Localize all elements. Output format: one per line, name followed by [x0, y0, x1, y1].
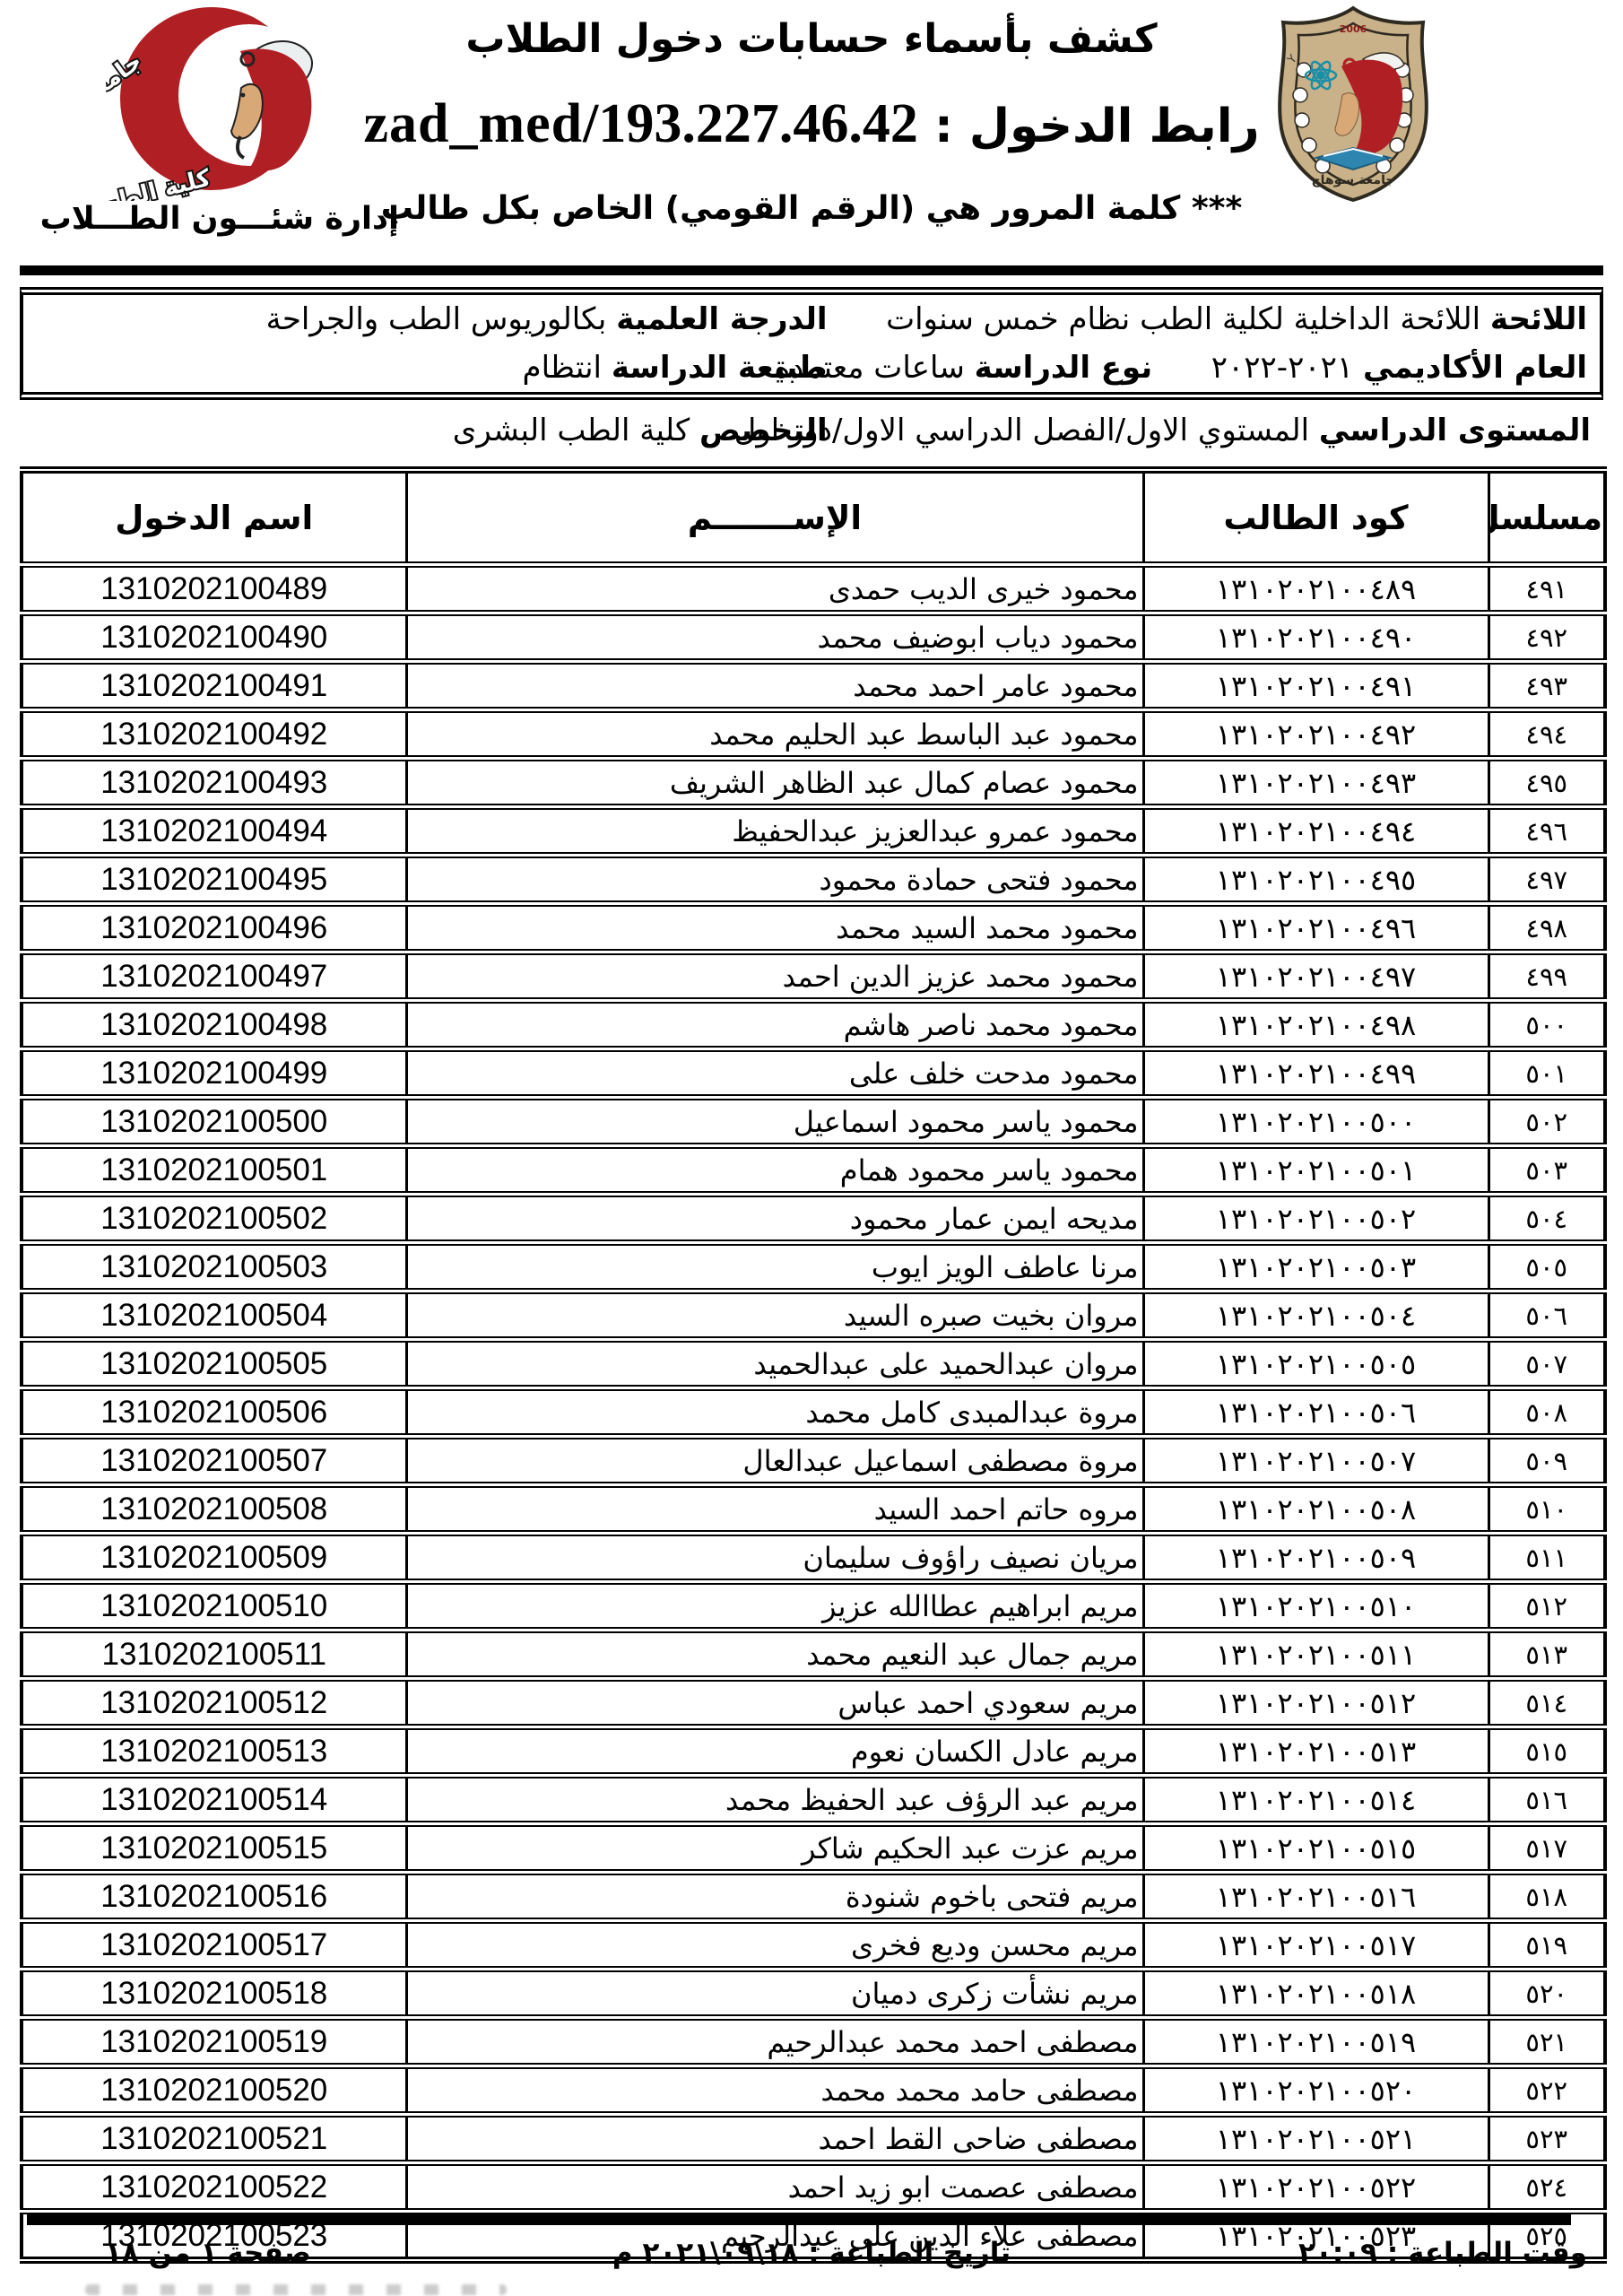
serial-cell: ٥٢٤ — [1488, 2163, 1605, 2212]
student-code-cell: ١٣١٠٢٠٢١٠٠٥١٥ — [1143, 1824, 1488, 1873]
student-code-cell: ١٣١٠٢٠٢١٠٠٥٢٢ — [1143, 2163, 1488, 2212]
student-code-cell: ١٣١٠٢٠٢١٠٠٥١٣ — [1143, 1727, 1488, 1776]
serial-cell: ٤٩٧ — [1488, 856, 1605, 904]
student-name-cell: مريم ابراهيم عطاالله عزيز — [406, 1582, 1143, 1631]
table-header-row: مسلسل كود الطالب الإســـــــم اسم الدخول — [22, 470, 1605, 565]
sohag-university-crest-icon: SOHAG UNIVERSITY 2006 جامعة سوهاج — [1255, 4, 1451, 206]
login-name-cell: 1310202100510 — [22, 1582, 406, 1631]
login-name-cell: 1310202100490 — [22, 613, 406, 662]
serial-cell: ٥٠٣ — [1488, 1146, 1605, 1195]
student-code-cell: ١٣١٠٢٠٢١٠٠٥١٦ — [1143, 1873, 1488, 1921]
name-header: الإســـــــم — [406, 470, 1143, 565]
student-name-cell: مصطفى احمد محمد عبدالرحيم — [406, 2018, 1143, 2066]
table-row: ٥١٣ ١٣١٠٢٠٢١٠٠٥١١ مريم جمال عبد النعيم م… — [22, 1631, 1605, 1679]
table-row: ٤٩٣ ١٣١٠٢٠٢١٠٠٤٩١ محمود عامر احمد محمد 1… — [22, 662, 1605, 710]
student-code-cell: ١٣١٠٢٠٢١٠٠٤٩٨ — [1143, 1001, 1488, 1049]
level-label: المستوى الدراسي — [1319, 413, 1591, 448]
student-name-cell: مروة عبدالمبدى كامل محمد — [406, 1388, 1143, 1437]
serial-cell: ٥٢٠ — [1488, 1970, 1605, 2018]
login-name-cell: 1310202100499 — [22, 1049, 406, 1098]
student-name-cell: مريم نشأت زكرى دميان — [406, 1970, 1143, 2018]
student-name-cell: مريم محسن وديع فخرى — [406, 1921, 1143, 1970]
table-row: ٥٢٢ ١٣١٠٢٠٢١٠٠٥٢٠ مصطفى حامد محمد محمد 1… — [22, 2066, 1605, 2115]
regulation-value: اللائحة الداخلية لكلية الطب نظام خمس سنو… — [886, 301, 1480, 337]
student-code-header: كود الطالب — [1143, 470, 1488, 565]
login-name-cell: 1310202100508 — [22, 1485, 406, 1534]
table-row: ٥١٩ ١٣١٠٢٠٢١٠٠٥١٧ مريم محسن وديع فخرى 13… — [22, 1921, 1605, 1970]
student-code-cell: ١٣١٠٢٠٢١٠٠٥٢١ — [1143, 2115, 1488, 2163]
university-crest-logo: SOHAG UNIVERSITY 2006 جامعة سوهاج — [1255, 4, 1451, 206]
table-row: ٥٠٢ ١٣١٠٢٠٢١٠٠٥٠٠ محمود ياسر محمود اسماع… — [22, 1098, 1605, 1146]
student-name-cell: مصطفى ضاحى القط احمد — [406, 2115, 1143, 2163]
academic-year-field: العام الأكاديمي ٢٠٢١-٢٠٢٢ نوع الدراسة سا… — [828, 350, 1600, 386]
table-row: ٥١٥ ١٣١٠٢٠٢١٠٠٥١٣ مريم عادل الكسان نعوم … — [22, 1727, 1605, 1776]
student-code-cell: ١٣١٠٢٠٢١٠٠٥٠١ — [1143, 1146, 1488, 1195]
serial-cell: ٥١٣ — [1488, 1631, 1605, 1679]
serial-cell: ٥٢٢ — [1488, 2066, 1605, 2115]
serial-cell: ٤٩٦ — [1488, 807, 1605, 856]
table-row: ٥٠٥ ١٣١٠٢٠٢١٠٠٥٠٣ مرنا عاطف الويز ايوب 1… — [22, 1243, 1605, 1291]
next-page-cutoff-smudge — [85, 2284, 507, 2295]
serial-cell: ٥١٠ — [1488, 1485, 1605, 1534]
print-time: وقت الطباعة : ٢٠:٠٩ — [1128, 2237, 1603, 2269]
serial-cell: ٥٠٨ — [1488, 1388, 1605, 1437]
student-name-cell: محمود خيرى الديب حمدى — [406, 565, 1143, 613]
print-date: تاريخ الطباعة : ١٨\٠٩\٢٠٢١ م — [495, 2237, 1128, 2269]
login-name-cell: 1310202100507 — [22, 1437, 406, 1485]
crest-year-text: 2006 — [1340, 23, 1367, 35]
login-name-cell: 1310202100501 — [22, 1146, 406, 1195]
crest-bottom-text: جامعة سوهاج — [1312, 173, 1395, 187]
student-code-cell: ١٣١٠٢٠٢١٠٠٥١٨ — [1143, 1970, 1488, 2018]
serial-cell: ٥١٧ — [1488, 1824, 1605, 1873]
table-row: ٥٢١ ١٣١٠٢٠٢١٠٠٥١٩ مصطفى احمد محمد عبدالر… — [22, 2018, 1605, 2066]
student-name-cell: مروة مصطفى اسماعيل عبدالعال — [406, 1437, 1143, 1485]
table-row: ٥٠٩ ١٣١٠٢٠٢١٠٠٥٠٧ مروة مصطفى اسماعيل عبد… — [22, 1437, 1605, 1485]
serial-header: مسلسل — [1488, 470, 1605, 565]
student-accounts-report-page: SOHAG UNIVERSITY 2006 جامعة سوهاج — [0, 0, 1623, 2296]
student-name-cell: محمود عامر احمد محمد — [406, 662, 1143, 710]
student-code-cell: ١٣١٠٢٠٢١٠٠٤٩٤ — [1143, 807, 1488, 856]
login-name-cell: 1310202100522 — [22, 2163, 406, 2212]
table-row: ٤٩٤ ١٣١٠٢٠٢١٠٠٤٩٢ محمود عبد الباسط عبد ا… — [22, 710, 1605, 759]
login-name-cell: 1310202100498 — [22, 1001, 406, 1049]
academic-year-label: العام الأكاديمي — [1363, 350, 1587, 386]
serial-cell: ٥٢٣ — [1488, 2115, 1605, 2163]
student-code-cell: ١٣١٠٢٠٢١٠٠٥١٤ — [1143, 1776, 1488, 1824]
login-name-cell: 1310202100503 — [22, 1243, 406, 1291]
serial-cell: ٥١٦ — [1488, 1776, 1605, 1824]
student-name-cell: مروان عبدالحميد على عبدالحميد — [406, 1340, 1143, 1388]
level-line: المستوى الدراسي المستوي الاول/الفصل الدر… — [20, 413, 1603, 448]
student-code-cell: ١٣١٠٢٠٢١٠٠٤٩٣ — [1143, 759, 1488, 807]
login-name-cell: 1310202100495 — [22, 856, 406, 904]
serial-cell: ٥٠٩ — [1488, 1437, 1605, 1485]
table-row: ٥٠٧ ١٣١٠٢٠٢١٠٠٥٠٥ مروان عبدالحميد على عب… — [22, 1340, 1605, 1388]
login-name-cell: 1310202100512 — [22, 1679, 406, 1727]
serial-cell: ٥٠٢ — [1488, 1098, 1605, 1146]
student-name-cell: مريان نصيف راؤوف سليمان — [406, 1534, 1143, 1582]
serial-cell: ٤٩٥ — [1488, 759, 1605, 807]
login-name-cell: 1310202100494 — [22, 807, 406, 856]
table-row: ٤٩٥ ١٣١٠٢٠٢١٠٠٤٩٣ محمود عصام كمال عبد ال… — [22, 759, 1605, 807]
student-name-cell: مريم عادل الكسان نعوم — [406, 1727, 1143, 1776]
student-name-cell: مديحه ايمن عمار محمود — [406, 1195, 1143, 1243]
login-name-cell: 1310202100513 — [22, 1727, 406, 1776]
header-divider — [20, 265, 1603, 275]
table-row: ٤٩٧ ١٣١٠٢٠٢١٠٠٤٩٥ محمود فتحى حمادة محمود… — [22, 856, 1605, 904]
serial-cell: ٥٠٤ — [1488, 1195, 1605, 1243]
student-name-cell: مريم سعودي احمد عباس — [406, 1679, 1143, 1727]
student-code-cell: ١٣١٠٢٠٢١٠٠٤٩٠ — [1143, 613, 1488, 662]
password-note: *** كلمة المرور هي (الرقم القومي) الخاص … — [363, 190, 1260, 227]
student-name-cell: مصطفى حامد محمد محمد — [406, 2066, 1143, 2115]
student-name-cell: مريم عبد الرؤف عبد الحفيظ محمد — [406, 1776, 1143, 1824]
serial-cell: ٥١١ — [1488, 1534, 1605, 1582]
footer-divider — [27, 2214, 1571, 2225]
table-row: ٥٠٤ ١٣١٠٢٠٢١٠٠٥٠٢ مديحه ايمن عمار محمود … — [22, 1195, 1605, 1243]
serial-cell: ٤٩٢ — [1488, 613, 1605, 662]
table-row: ٤٩٩ ١٣١٠٢٠٢١٠٠٤٩٧ محمود محمد عزيز الدين … — [22, 952, 1605, 1001]
study-nature-value: انتظام — [523, 350, 602, 386]
student-name-cell: مريم فتحى باخوم شنودة — [406, 1873, 1143, 1921]
login-name-cell: 1310202100521 — [22, 2115, 406, 2163]
login-name-cell: 1310202100516 — [22, 1873, 406, 1921]
serial-cell: ٤٩٣ — [1488, 662, 1605, 710]
serial-cell: ٥٠٦ — [1488, 1291, 1605, 1340]
table-row: ٥١٧ ١٣١٠٢٠٢١٠٠٥١٥ مريم عزت عبد الحكيم شا… — [22, 1824, 1605, 1873]
program-info-box: اللائحة اللائحة الداخلية لكلية الطب نظام… — [20, 287, 1603, 400]
student-code-cell: ١٣١٠٢٠٢١٠٠٥١٧ — [1143, 1921, 1488, 1970]
student-code-cell: ١٣١٠٢٠٢١٠٠٥٠٢ — [1143, 1195, 1488, 1243]
level-field: المستوى الدراسي المستوي الاول/الفصل الدر… — [828, 413, 1603, 448]
table-row: ٥١٦ ١٣١٠٢٠٢١٠٠٥١٤ مريم عبد الرؤف عبد الح… — [22, 1776, 1605, 1824]
login-name-cell: 1310202100511 — [22, 1631, 406, 1679]
student-code-cell: ١٣١٠٢٠٢١٠٠٥١٩ — [1143, 2018, 1488, 2066]
student-affairs-admin-label: إدارة شئـــون الطـــلاب — [49, 201, 399, 237]
serial-cell: ٤٩١ — [1488, 565, 1605, 613]
table-row: ٤٩٦ ١٣١٠٢٠٢١٠٠٤٩٤ محمود عمرو عبدالعزيز ع… — [22, 807, 1605, 856]
student-name-cell: محمود محمد عزيز الدين احمد — [406, 952, 1143, 1001]
table-row: ٥١٨ ١٣١٠٢٠٢١٠٠٥١٦ مريم فتحى باخوم شنودة … — [22, 1873, 1605, 1921]
login-name-cell: 1310202100493 — [22, 759, 406, 807]
table-row: ٥١٢ ١٣١٠٢٠٢١٠٠٥١٠ مريم ابراهيم عطاالله ع… — [22, 1582, 1605, 1631]
login-name-header: اسم الدخول — [22, 470, 406, 565]
speciality-value: كلية الطب البشرى — [453, 413, 690, 448]
academic-year-value: ٢٠٢١-٢٠٢٢ — [1211, 350, 1353, 386]
student-name-cell: محمود مدحت خلف على — [406, 1049, 1143, 1098]
footer: وقت الطباعة : ٢٠:٠٩ تاريخ الطباعة : ١٨\٠… — [20, 2237, 1603, 2269]
login-name-cell: 1310202100505 — [22, 1340, 406, 1388]
serial-cell: ٥١٢ — [1488, 1582, 1605, 1631]
serial-cell: ٥٠٠ — [1488, 1001, 1605, 1049]
student-name-cell: محمود محمد ناصر هاشم — [406, 1001, 1143, 1049]
student-name-cell: محمود فتحى حمادة محمود — [406, 856, 1143, 904]
student-name-cell: محمود ياسر محمود همام — [406, 1146, 1143, 1195]
serial-cell: ٤٩٤ — [1488, 710, 1605, 759]
login-link-line: رابط الدخول : 193.227.46.42/zad_med — [363, 92, 1260, 156]
info-row-1: اللائحة اللائحة الداخلية لكلية الطب نظام… — [23, 295, 1600, 344]
login-link-label: رابط الدخول : — [934, 100, 1260, 153]
table-row: ٥٠١ ١٣١٠٢٠٢١٠٠٤٩٩ محمود مدحت خلف على 131… — [22, 1049, 1605, 1098]
serial-cell: ٥١٥ — [1488, 1727, 1605, 1776]
login-name-cell: 1310202100515 — [22, 1824, 406, 1873]
student-code-cell: ١٣١٠٢٠٢١٠٠٥٠٥ — [1143, 1340, 1488, 1388]
page-number-label: صفحة ١ من ١٨ — [105, 2237, 311, 2269]
login-name-cell: 1310202100489 — [22, 565, 406, 613]
table-row: ٤٩٨ ١٣١٠٢٠٢١٠٠٤٩٦ محمود محمد السيد محمد … — [22, 904, 1605, 952]
student-code-cell: ١٣١٠٢٠٢١٠٠٥١١ — [1143, 1631, 1488, 1679]
login-name-cell: 1310202100518 — [22, 1970, 406, 2018]
student-code-cell: ١٣١٠٢٠٢١٠٠٥٠٤ — [1143, 1291, 1488, 1340]
student-code-cell: ١٣١٠٢٠٢١٠٠٥١٢ — [1143, 1679, 1488, 1727]
student-name-cell: محمود دياب ابوضيف محمد — [406, 613, 1143, 662]
login-link-url: 193.227.46.42/zad_med — [363, 93, 917, 154]
student-name-cell: محمود عمرو عبدالعزيز عبدالحفيظ — [406, 807, 1143, 856]
study-nature-field: طبيعة الدراسة انتظام — [23, 350, 828, 386]
student-code-cell: ١٣١٠٢٠٢١٠٠٥٠٣ — [1143, 1243, 1488, 1291]
student-code-cell: ١٣١٠٢٠٢١٠٠٥٠٩ — [1143, 1534, 1488, 1582]
serial-cell: ٥٢١ — [1488, 2018, 1605, 2066]
login-name-cell: 1310202100496 — [22, 904, 406, 952]
table-row: ٥٠٣ ١٣١٠٢٠٢١٠٠٥٠١ محمود ياسر محمود همام … — [22, 1146, 1605, 1195]
student-name-cell: محمود عصام كمال عبد الظاهر الشريف — [406, 759, 1143, 807]
table-row: ٥١١ ١٣١٠٢٠٢١٠٠٥٠٩ مريان نصيف راؤوف سليما… — [22, 1534, 1605, 1582]
serial-cell: ٥١٨ — [1488, 1873, 1605, 1921]
table-row: ٥٢٤ ١٣١٠٢٠٢١٠٠٥٢٢ مصطفى عصمت ابو زيد احم… — [22, 2163, 1605, 2212]
login-name-cell: 1310202100517 — [22, 1921, 406, 1970]
login-name-cell: 1310202100491 — [22, 662, 406, 710]
login-name-cell: 1310202100502 — [22, 1195, 406, 1243]
student-accounts-table: مسلسل كود الطالب الإســـــــم اسم الدخول… — [20, 466, 1607, 2264]
student-name-cell: مصطفى عصمت ابو زيد احمد — [406, 2163, 1143, 2212]
regulation-field: اللائحة اللائحة الداخلية لكلية الطب نظام… — [828, 301, 1600, 337]
student-name-cell: مرنا عاطف الويز ايوب — [406, 1243, 1143, 1291]
speciality-label: التخصص — [699, 413, 828, 448]
regulation-label: اللائحة — [1490, 301, 1587, 337]
serial-cell: ٥١٤ — [1488, 1679, 1605, 1727]
student-code-cell: ١٣١٠٢٠٢١٠٠٤٩٢ — [1143, 710, 1488, 759]
table-row: ٥١٠ ١٣١٠٢٠٢١٠٠٥٠٨ مروه حاتم احمد السيد 1… — [22, 1485, 1605, 1534]
student-code-cell: ١٣١٠٢٠٢١٠٠٥٠٠ — [1143, 1098, 1488, 1146]
print-time-value: ٢٠:٠٩ — [1298, 2237, 1377, 2269]
page-number: صفحة ١ من ١٨ — [20, 2237, 495, 2269]
student-name-cell: مريم عزت عبد الحكيم شاكر — [406, 1824, 1143, 1873]
serial-cell: ٥١٩ — [1488, 1921, 1605, 1970]
serial-cell: ٥٠٧ — [1488, 1340, 1605, 1388]
page-title: كشف بأسماء حسابات دخول الطلاب — [363, 16, 1260, 62]
red-crescent-pharaoh-icon: جامعة سوهاج كلية الطب — [106, 2, 346, 201]
student-code-cell: ١٣١٠٢٠٢١٠٠٤٨٩ — [1143, 565, 1488, 613]
login-name-cell: 1310202100504 — [22, 1291, 406, 1340]
print-date-value: ١٨\٠٩\٢٠٢١ م — [612, 2237, 799, 2269]
login-name-cell: 1310202100497 — [22, 952, 406, 1001]
study-nature-label: طبيعة الدراسة — [612, 350, 828, 386]
table-row: ٥٠٠ ١٣١٠٢٠٢١٠٠٤٩٨ محمود محمد ناصر هاشم 1… — [22, 1001, 1605, 1049]
degree-label: الدرجة العلمية — [616, 301, 827, 337]
student-name-cell: مروان بخيت صبره السيد — [406, 1291, 1143, 1340]
table-row: ٥٢٠ ١٣١٠٢٠٢١٠٠٥١٨ مريم نشأت زكرى دميان 1… — [22, 1970, 1605, 2018]
table-row: ٥٠٦ ١٣١٠٢٠٢١٠٠٥٠٤ مروان بخيت صبره السيد … — [22, 1291, 1605, 1340]
print-time-label: وقت الطباعة : — [1387, 2237, 1587, 2269]
table-body: ٤٩١ ١٣١٠٢٠٢١٠٠٤٨٩ محمود خيرى الديب حمدى … — [22, 565, 1605, 2261]
student-name-cell: محمود محمد السيد محمد — [406, 904, 1143, 952]
table-row: ٥٢٣ ١٣١٠٢٠٢١٠٠٥٢١ مصطفى ضاحى القط احمد 1… — [22, 2115, 1605, 2163]
serial-cell: ٤٩٨ — [1488, 904, 1605, 952]
login-name-cell: 1310202100520 — [22, 2066, 406, 2115]
student-code-cell: ١٣١٠٢٠٢١٠٠٤٩٥ — [1143, 856, 1488, 904]
header-center: كشف بأسماء حسابات دخول الطلاب رابط الدخو… — [363, 16, 1260, 156]
speciality-field: التخصص كلية الطب البشرى — [20, 413, 828, 448]
student-code-cell: ١٣١٠٢٠٢١٠٠٤٩١ — [1143, 662, 1488, 710]
print-date-label: تاريخ الطباعة : — [808, 2237, 1011, 2269]
table-header: مسلسل كود الطالب الإســـــــم اسم الدخول — [22, 470, 1605, 565]
degree-value: بكالوريوس الطب والجراحة — [266, 301, 607, 337]
student-code-cell: ١٣١٠٢٠٢١٠٠٥٢٠ — [1143, 2066, 1488, 2115]
table-row: ٥٠٨ ١٣١٠٢٠٢١٠٠٥٠٦ مروة عبدالمبدى كامل مح… — [22, 1388, 1605, 1437]
degree-field: الدرجة العلمية بكالوريوس الطب والجراحة — [23, 301, 828, 337]
info-row-2: العام الأكاديمي ٢٠٢١-٢٠٢٢ نوع الدراسة سا… — [23, 344, 1600, 392]
login-name-cell: 1310202100514 — [22, 1776, 406, 1824]
serial-cell: ٥٠١ — [1488, 1049, 1605, 1098]
login-name-cell: 1310202100492 — [22, 710, 406, 759]
table-row: ٤٩٢ ١٣١٠٢٠٢١٠٠٤٩٠ محمود دياب ابوضيف محمد… — [22, 613, 1605, 662]
serial-cell: ٥٠٥ — [1488, 1243, 1605, 1291]
student-code-cell: ١٣١٠٢٠٢١٠٠٥٠٦ — [1143, 1388, 1488, 1437]
student-code-cell: ١٣١٠٢٠٢١٠٠٥٠٧ — [1143, 1437, 1488, 1485]
student-name-cell: مروه حاتم احمد السيد — [406, 1485, 1143, 1534]
login-name-cell: 1310202100519 — [22, 2018, 406, 2066]
table-row: ٥١٤ ١٣١٠٢٠٢١٠٠٥١٢ مريم سعودي احمد عباس 1… — [22, 1679, 1605, 1727]
login-name-cell: 1310202100506 — [22, 1388, 406, 1437]
student-code-cell: ١٣١٠٢٠٢١٠٠٤٩٧ — [1143, 952, 1488, 1001]
login-name-cell: 1310202100509 — [22, 1534, 406, 1582]
student-code-cell: ١٣١٠٢٠٢١٠٠٥١٠ — [1143, 1582, 1488, 1631]
student-name-cell: محمود عبد الباسط عبد الحليم محمد — [406, 710, 1143, 759]
table-row: ٤٩١ ١٣١٠٢٠٢١٠٠٤٨٩ محمود خيرى الديب حمدى … — [22, 565, 1605, 613]
student-code-cell: ١٣١٠٢٠٢١٠٠٤٩٦ — [1143, 904, 1488, 952]
serial-cell: ٤٩٩ — [1488, 952, 1605, 1001]
login-name-cell: 1310202100500 — [22, 1098, 406, 1146]
student-code-cell: ١٣١٠٢٠٢١٠٠٤٩٩ — [1143, 1049, 1488, 1098]
student-name-cell: مريم جمال عبد النعيم محمد — [406, 1631, 1143, 1679]
student-code-cell: ١٣١٠٢٠٢١٠٠٥٠٨ — [1143, 1485, 1488, 1534]
study-type-label: نوع الدراسة — [975, 350, 1153, 386]
faculty-medicine-logo: جامعة سوهاج كلية الطب — [106, 2, 346, 201]
student-name-cell: محمود ياسر محمود اسماعيل — [406, 1098, 1143, 1146]
